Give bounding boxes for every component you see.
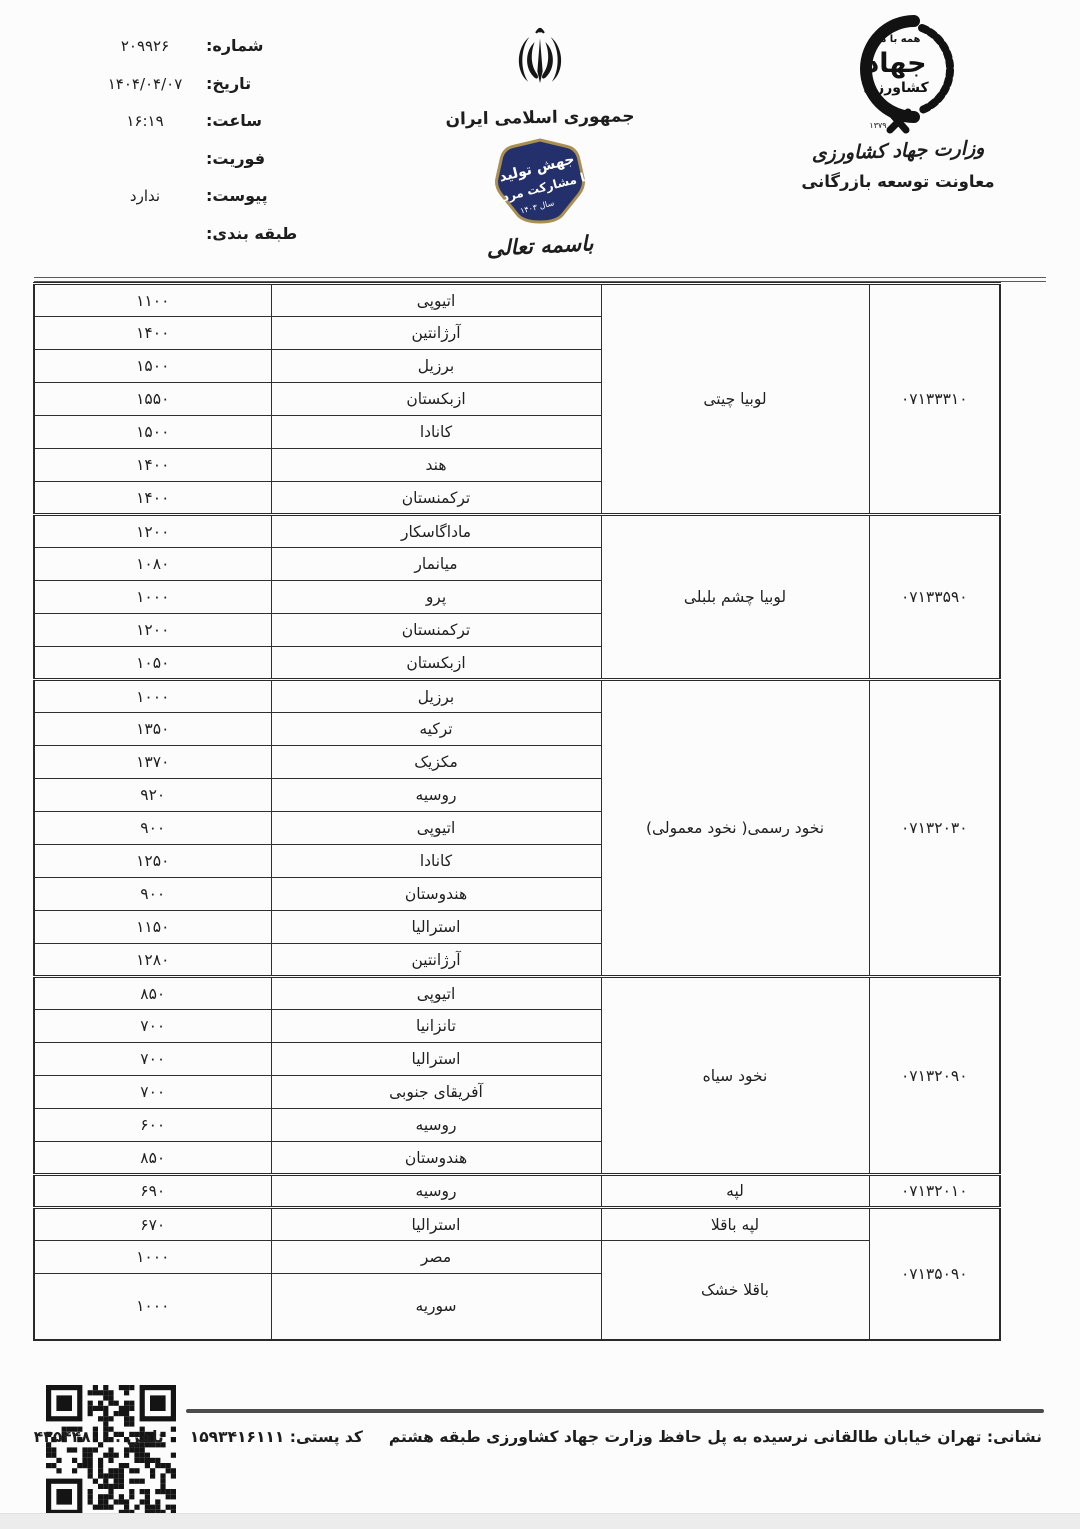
country-cell: ترکمنستان (271, 614, 601, 647)
ministry-name-calligraphy: وزارت جهاد کشاورزی (793, 136, 1004, 165)
table-row: ۰۷۱۳۵۰۹۰لپه باقلااسترالیا۶۷۰ (34, 1208, 1000, 1241)
table-row: ۰۷۱۳۲۰۱۰لپهروسیه۶۹۰ (34, 1175, 1000, 1208)
price-cell: ۱۱۰۰ (34, 284, 271, 317)
country-cell: برزیل (271, 680, 601, 713)
price-cell: ۱۲۰۰ (34, 515, 271, 548)
price-cell: ۹۰۰ (34, 878, 271, 911)
country-cell: استرالیا (271, 1043, 601, 1076)
country-cell: کانادا (271, 845, 601, 878)
price-cell: ۱۳۵۰ (34, 713, 271, 746)
number-value: ۲۰۹۹۲۶ (78, 37, 206, 55)
price-cell: ۱۰۸۰ (34, 548, 271, 581)
year-slogan-badge: جهش تولید با مشارکت مردم سال ۱۴۰۳ (487, 138, 593, 224)
table-row: باقلا خشکمصر۱۰۰۰ (34, 1241, 1000, 1274)
country-cell: ازبکستان (271, 647, 601, 680)
hs-code-cell: ۰۷۱۳۳۵۹۰ (869, 515, 1000, 680)
country-cell: هند (271, 449, 601, 482)
urgency-label: فوریت: (206, 149, 306, 168)
country-cell: کانادا (271, 416, 601, 449)
table-row: ۰۷۱۳۲۰۹۰نخود سیاهاتیوپی۸۵۰ (34, 977, 1000, 1010)
price-cell: ۱۲۸۰ (34, 944, 271, 977)
logo-word1: جهاد (865, 48, 926, 79)
iran-national-emblem-icon (507, 18, 573, 102)
country-cell: ماداگاسکار (271, 515, 601, 548)
country-cell: آفریقای جنوبی (271, 1076, 601, 1109)
country-cell: آرژانتین (271, 317, 601, 350)
product-name-cell: لوبیا چشم بلبلی (601, 515, 869, 680)
footer-address: نشانی: تهران خیابان طالقانی نرسیده به پل… (389, 1428, 1042, 1446)
footer-phone: تلفن : ۴۳۵۴۴۸۰۰ (34, 1428, 164, 1446)
price-cell: ۸۵۰ (34, 977, 271, 1010)
product-name-cell: نخود رسمی( نخود معمولی) (601, 680, 869, 977)
country-cell: ازبکستان (271, 383, 601, 416)
price-cell: ۱۱۵۰ (34, 911, 271, 944)
meta-row-number: شماره: ۲۰۹۹۲۶ (78, 36, 306, 74)
date-value: ۱۴۰۴/۰۴/۰۷ (78, 75, 206, 93)
country-cell: هندوستان (271, 1142, 601, 1175)
classification-label: طبقه بندی: (206, 224, 306, 243)
price-cell: ۱۰۰۰ (34, 1274, 271, 1340)
document-page: شماره: ۲۰۹۹۲۶ تاریخ: ۱۴۰۴/۰۴/۰۷ ساعت: ۱۶… (0, 0, 1080, 1529)
price-cell: ۱۴۰۰ (34, 449, 271, 482)
country-cell: روسیه (271, 1109, 601, 1142)
price-table-body: ۰۷۱۳۳۳۱۰لوبیا چیتیاتیوپی۱۱۰۰آرژانتین۱۴۰۰… (34, 284, 1000, 1340)
time-value: ۱۶:۱۹ (78, 112, 206, 130)
country-cell: روسیه (271, 1175, 601, 1208)
price-cell: ۱۰۰۰ (34, 680, 271, 713)
table-row: ۰۷۱۳۳۳۱۰لوبیا چیتیاتیوپی۱۱۰۰ (34, 284, 1000, 317)
table-row: ۰۷۱۳۲۰۳۰نخود رسمی( نخود معمولی)برزیل۱۰۰۰ (34, 680, 1000, 713)
price-cell: ۷۰۰ (34, 1076, 271, 1109)
date-label: تاریخ: (206, 74, 306, 93)
country-title: جمهوری اسلامی ایران (425, 106, 655, 130)
hs-code-cell: ۰۷۱۳۲۰۱۰ (869, 1175, 1000, 1208)
price-cell: ۷۰۰ (34, 1010, 271, 1043)
price-cell: ۶۰۰ (34, 1109, 271, 1142)
country-cell: برزیل (271, 350, 601, 383)
price-cell: ۹۲۰ (34, 779, 271, 812)
price-cell: ۱۰۰۰ (34, 1241, 271, 1274)
price-cell: ۱۳۷۰ (34, 746, 271, 779)
price-cell: ۱۵۰۰ (34, 350, 271, 383)
scan-edge-strip (0, 1513, 1080, 1529)
price-cell: ۶۹۰ (34, 1175, 271, 1208)
country-cell: اتیوپی (271, 812, 601, 845)
price-cell: ۶۷۰ (34, 1208, 271, 1241)
price-cell: ۷۰۰ (34, 1043, 271, 1076)
meta-row-time: ساعت: ۱۶:۱۹ (78, 111, 306, 149)
jahad-keshavarzi-logo-icon: همه با هم جهاد کشاورزی ۱۳۷۹ (838, 12, 958, 134)
letter-meta-block: شماره: ۲۰۹۹۲۶ تاریخ: ۱۴۰۴/۰۴/۰۷ ساعت: ۱۶… (78, 36, 306, 261)
price-cell: ۱۰۵۰ (34, 647, 271, 680)
country-cell: استرالیا (271, 1208, 601, 1241)
hs-code-cell: ۰۷۱۳۵۰۹۰ (869, 1208, 1000, 1340)
meta-row-classification: طبقه بندی: (78, 224, 306, 262)
country-cell: میانمار (271, 548, 601, 581)
country-cell: مکزیک (271, 746, 601, 779)
attachment-value: ندارد (78, 187, 206, 205)
country-cell: مصر (271, 1241, 601, 1274)
ministry-logo-stack: همه با هم جهاد کشاورزی ۱۳۷۹ وزارت جهاد ک… (793, 12, 1003, 191)
qr-code (46, 1385, 176, 1515)
footer-separator-rule (186, 1409, 1044, 1413)
price-cell: ۱۴۰۰ (34, 317, 271, 350)
price-cell: ۱۲۰۰ (34, 614, 271, 647)
country-cell: سوریه (271, 1274, 601, 1340)
center-emblem-stack: جمهوری اسلامی ایران جهش تولید با مشارکت … (425, 18, 655, 258)
product-name-cell: لپه باقلا (601, 1208, 869, 1241)
product-name-cell: نخود سیاه (601, 977, 869, 1175)
logo-word2: کشاورزی (863, 80, 929, 96)
logo-year: ۱۳۷۹ (869, 121, 886, 130)
country-cell: آرژانتین (271, 944, 601, 977)
attachment-label: پیوست: (206, 186, 306, 205)
table-row: ۰۷۱۳۳۵۹۰لوبیا چشم بلبلیماداگاسکار۱۲۰۰ (34, 515, 1000, 548)
country-cell: هندوستان (271, 878, 601, 911)
meta-row-date: تاریخ: ۱۴۰۴/۰۴/۰۷ (78, 74, 306, 112)
country-cell: تانزانیا (271, 1010, 601, 1043)
country-cell: اتیوپی (271, 284, 601, 317)
hs-code-cell: ۰۷۱۳۲۰۹۰ (869, 977, 1000, 1175)
price-cell: ۱۰۰۰ (34, 581, 271, 614)
product-name-cell: باقلا خشک (601, 1241, 869, 1340)
price-cell: ۱۴۰۰ (34, 482, 271, 515)
product-name-cell: لپه (601, 1175, 869, 1208)
country-cell: ترکمنستان (271, 482, 601, 515)
country-cell: ترکیه (271, 713, 601, 746)
price-cell: ۱۵۰۰ (34, 416, 271, 449)
number-label: شماره: (206, 36, 306, 55)
footer-contact-line: نشانی: تهران خیابان طالقانی نرسیده به پل… (230, 1428, 1042, 1446)
hs-code-cell: ۰۷۱۳۳۳۱۰ (869, 284, 1000, 515)
price-cell: ۱۵۵۰ (34, 383, 271, 416)
country-cell: پرو (271, 581, 601, 614)
price-table: ۰۷۱۳۳۳۱۰لوبیا چیتیاتیوپی۱۱۰۰آرژانتین۱۴۰۰… (33, 282, 1001, 1341)
price-cell: ۱۲۵۰ (34, 845, 271, 878)
country-cell: روسیه (271, 779, 601, 812)
price-cell: ۹۰۰ (34, 812, 271, 845)
department-title: معاونت توسعه بازرگانی (793, 172, 1003, 191)
price-cell: ۸۵۰ (34, 1142, 271, 1175)
country-cell: استرالیا (271, 911, 601, 944)
meta-row-attachment: پیوست: ندارد (78, 186, 306, 224)
footer-postal-code: کد پستی: ۱۵۹۳۴۱۶۱۱۱ (190, 1428, 363, 1446)
product-name-cell: لوبیا چیتی (601, 284, 869, 515)
time-label: ساعت: (206, 111, 306, 130)
country-cell: اتیوپی (271, 977, 601, 1010)
meta-row-urgency: فوریت: (78, 149, 306, 187)
hs-code-cell: ۰۷۱۳۲۰۳۰ (869, 680, 1000, 977)
logo-motto: همه با هم (872, 34, 921, 45)
bismillah-text: باسمه تعالی (425, 228, 656, 264)
